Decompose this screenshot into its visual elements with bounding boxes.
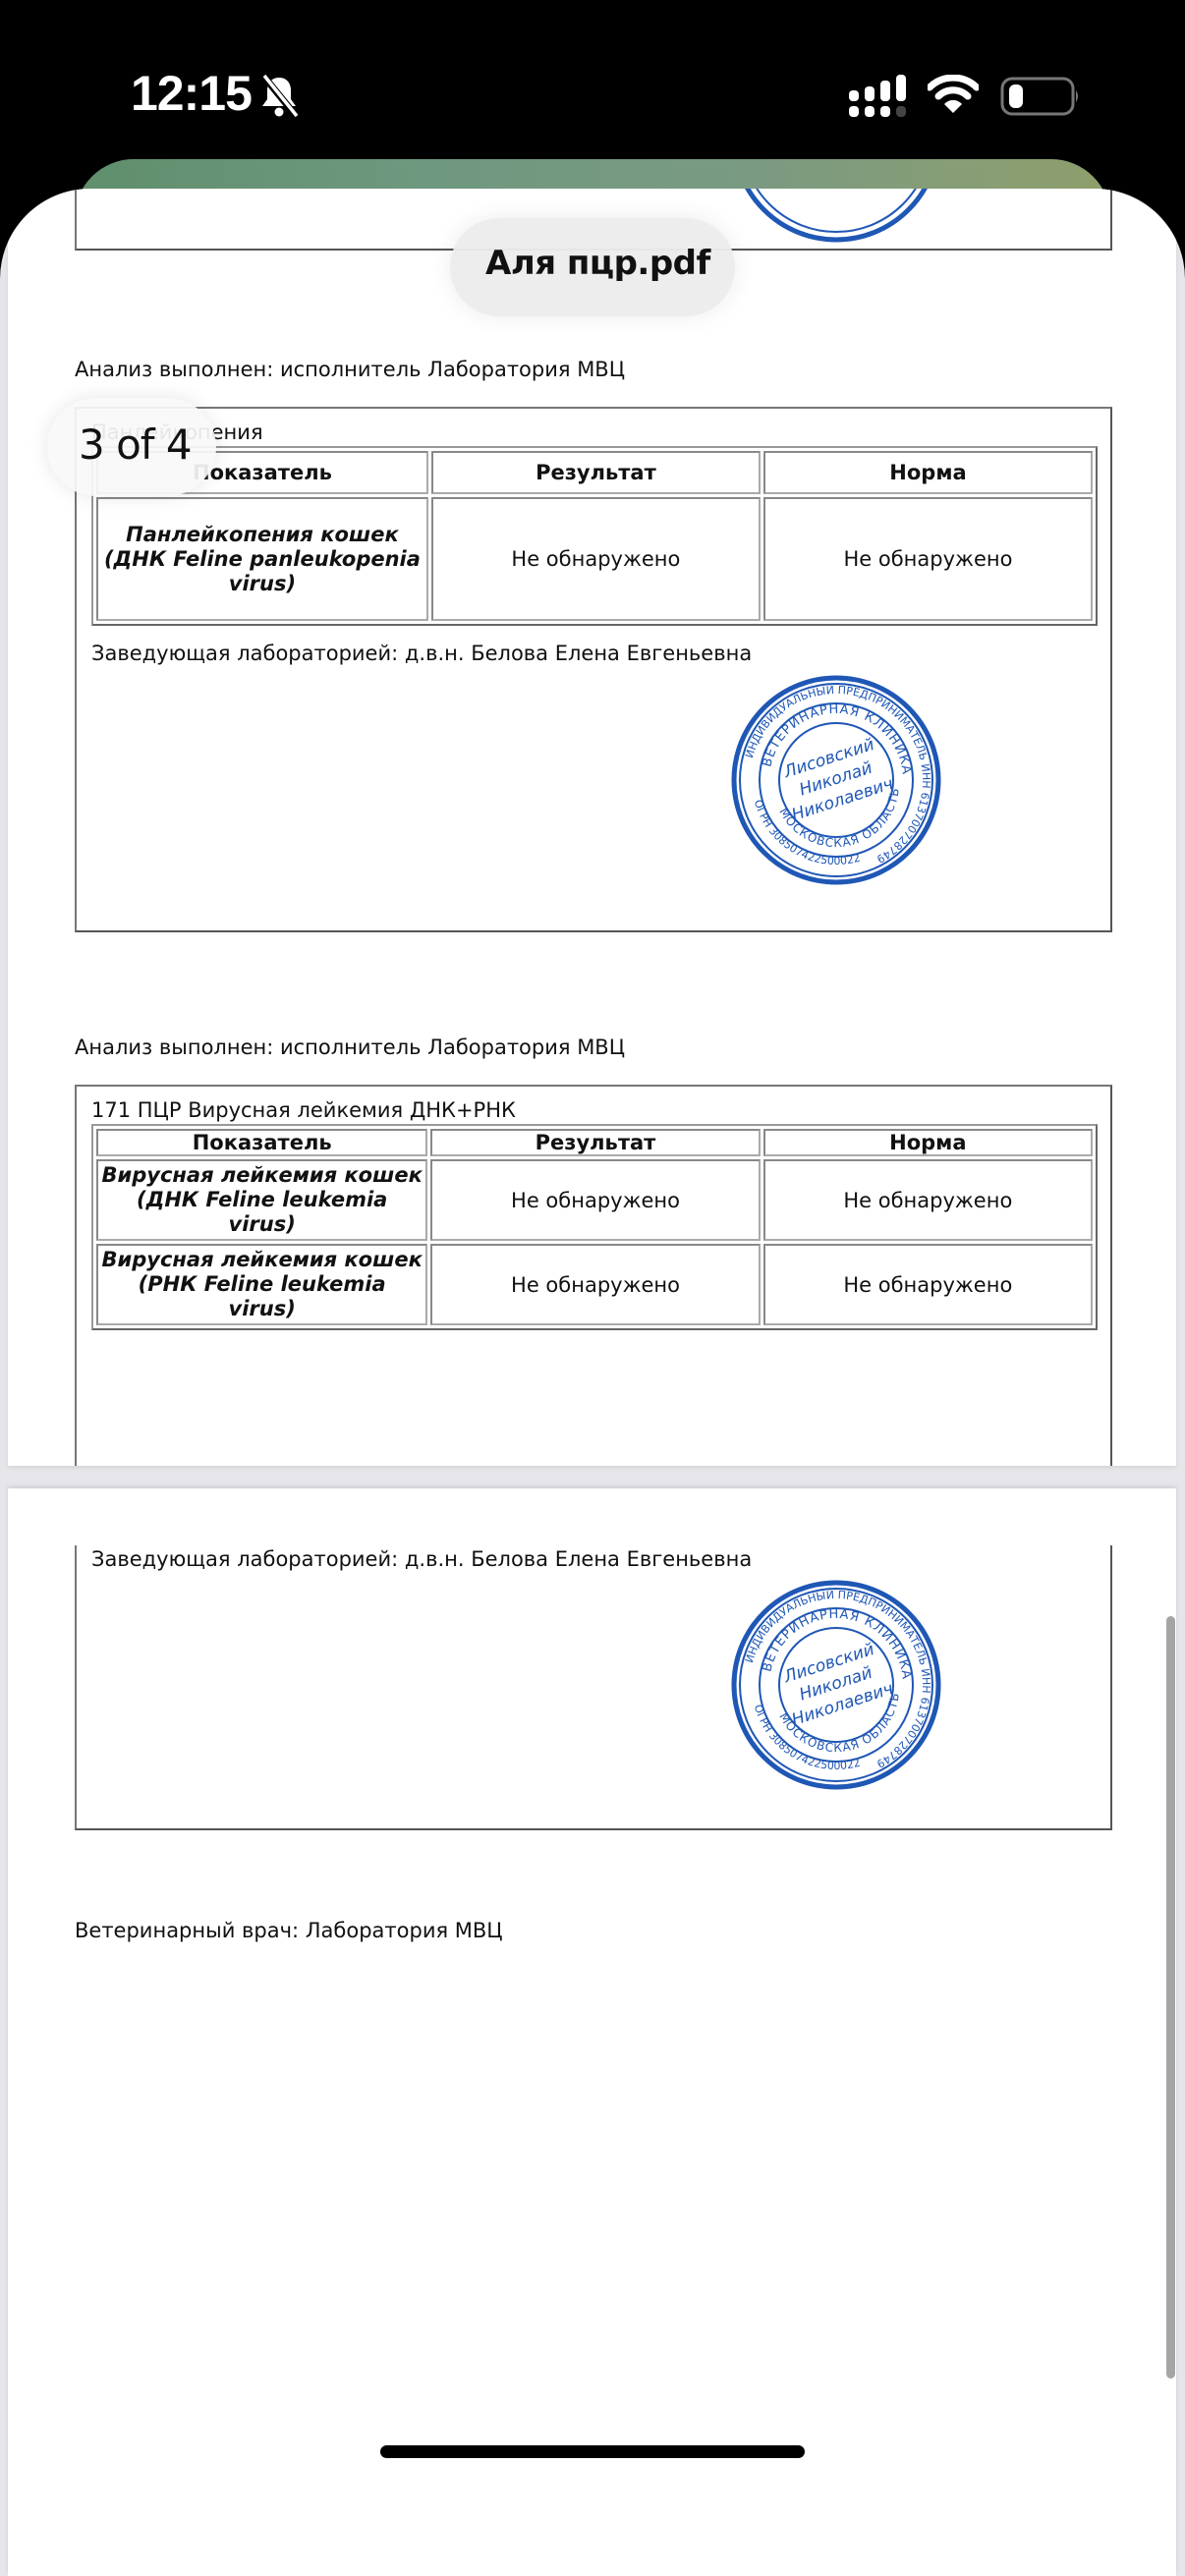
result-cell: Не обнаружено [430, 1244, 760, 1325]
test-section-panleukopenia: Панлейкопения Показатель Результат Норма… [75, 407, 1112, 932]
cellular-signal-icon [849, 75, 910, 118]
results-table: Показатель Результат Норма Панлейкопения… [91, 446, 1098, 626]
indicator-line: virus) [229, 572, 296, 595]
indicator-line: Панлейкопения кошек [126, 523, 399, 546]
head-of-lab-label: Заведующая лабораторией: д.в.н. Белова Е… [91, 1547, 752, 1571]
head-of-lab-label: Заведующая лабораторией: д.в.н. Белова Е… [91, 642, 752, 665]
indicator-line: (ДНК Feline leukemia [137, 1188, 387, 1211]
indicator-line: (РНК Feline leukemia [139, 1272, 386, 1296]
result-cell: Не обнаружено [430, 1159, 760, 1241]
battery-low-icon [1000, 77, 1081, 116]
column-header: Норма [763, 1129, 1093, 1156]
indicator-line: (ДНК Feline panleukopenia [104, 547, 421, 571]
home-indicator[interactable] [380, 2445, 805, 2458]
pdf-viewer[interactable]: Анализ выполнен: исполнитель Лаборатория… [0, 189, 1185, 2576]
indicator-line: Вирусная лейкемия кошек [102, 1248, 423, 1271]
column-header: Показатель [96, 1129, 427, 1156]
pdf-page-4[interactable]: Заведующая лабораторией: д.в.н. Белова Е… [8, 1488, 1176, 2576]
norm-cell: Не обнаружено [763, 1159, 1093, 1241]
clinic-stamp-icon [730, 674, 942, 886]
indicator-line: virus) [229, 1212, 296, 1236]
performed-by-label: Анализ выполнен: исполнитель Лаборатория… [75, 358, 625, 381]
indicator-line: Вирусная лейкемия кошек [102, 1163, 423, 1187]
clinic-stamp-icon [730, 189, 942, 244]
indicator-cell: Вирусная лейкемия кошек (РНК Feline leuk… [96, 1244, 427, 1325]
performed-by-label: Анализ выполнен: исполнитель Лаборатория… [75, 1036, 625, 1059]
test-title: 171 ПЦР Вирусная лейкемия ДНК+РНК [91, 1098, 516, 1122]
vertical-scrollbar[interactable] [1166, 1616, 1175, 2379]
document-title-pill[interactable]: Аля пцр.pdf [450, 218, 735, 316]
wifi-icon [928, 75, 979, 114]
table-row: Панлейкопения кошек (ДНК Feline panleuko… [96, 497, 1093, 621]
indicator-line: virus) [229, 1297, 296, 1320]
test-section-leukemia: 171 ПЦР Вирусная лейкемия ДНК+РНК Показа… [75, 1085, 1112, 1466]
table-row: Вирусная лейкемия кошек (ДНК Feline leuk… [96, 1159, 1093, 1241]
norm-cell: Не обнаружено [763, 1244, 1093, 1325]
table-header-row: Показатель Результат Норма [96, 451, 1093, 494]
status-bar: 12:15 [0, 0, 1185, 159]
pdf-page-3[interactable]: Анализ выполнен: исполнитель Лаборатория… [8, 189, 1176, 1466]
column-header: Результат [431, 451, 761, 494]
clinic-stamp-icon [730, 1579, 942, 1791]
indicator-cell: Вирусная лейкемия кошек (ДНК Feline leuk… [96, 1159, 427, 1241]
page-indicator-label: 3 of 4 [79, 420, 192, 469]
results-table: Показатель Результат Норма Вирусная лейк… [91, 1124, 1098, 1330]
veterinarian-label: Ветеринарный врач: Лаборатория МВЦ [75, 1919, 503, 1942]
table-header-row: Показатель Результат Норма [96, 1129, 1093, 1156]
table-row: Вирусная лейкемия кошек (РНК Feline leuk… [96, 1244, 1093, 1325]
document-title: Аля пцр.pdf [485, 244, 710, 283]
indicator-cell: Панлейкопения кошек (ДНК Feline panleuko… [96, 497, 428, 621]
column-header: Норма [763, 451, 1093, 494]
bell-slash-icon [257, 74, 301, 119]
page-indicator: 3 of 4 [47, 398, 216, 496]
test-section-leukemia-continued: Заведующая лабораторией: д.в.н. Белова Е… [75, 1545, 1112, 1830]
norm-cell: Не обнаружено [763, 497, 1093, 621]
column-header: Результат [430, 1129, 760, 1156]
result-cell: Не обнаружено [431, 497, 761, 621]
status-time: 12:15 [131, 65, 252, 122]
